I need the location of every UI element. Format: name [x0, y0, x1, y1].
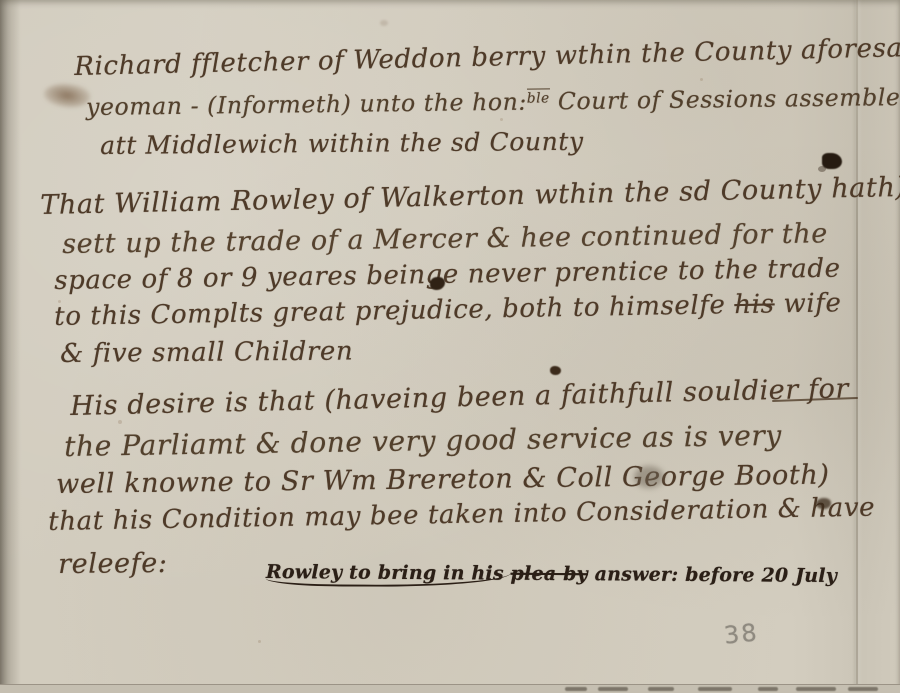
manuscript-line-petition-3: well knowne to Sr Wm Brereton & Coll Geo…: [56, 460, 830, 500]
foxing-spot: [500, 118, 503, 121]
opening-2-text-cont: Court of Sessions assembled now: [550, 82, 900, 115]
foxing-spot: [118, 420, 122, 424]
complaint-4-text: to this Complts great prejudice, both to…: [54, 290, 735, 332]
ink-blot-tail: [818, 166, 826, 172]
manuscript-line-petition-2: the Parliamt & done very good service as…: [64, 419, 782, 463]
edge-mark: [648, 687, 674, 691]
ink-speck-stain: [550, 366, 561, 375]
manuscript-line-opening-2: yeoman - (Informeth) unto the hon:ble Co…: [86, 82, 900, 121]
paper-left-edge: [0, 0, 20, 693]
edge-mark: [565, 687, 587, 691]
manuscript-line-opening-3: att Middlewich within the sd County: [100, 127, 584, 160]
foxing-spot: [380, 20, 388, 26]
ink-blot-stain: [822, 153, 842, 169]
clerk-note-text-cont: answer: before 20 July: [588, 563, 837, 587]
manuscript-line-petition-1: His desire is that (haveing been a faith…: [70, 373, 849, 422]
manuscript-line-complaint-5: & five small Children: [60, 336, 353, 369]
ink-smudge-stain: [42, 81, 91, 111]
edge-mark: [698, 687, 732, 691]
next-page-edge: [0, 684, 900, 693]
manuscript-line-petition-5: releefe:: [58, 548, 168, 580]
superscript-abbreviation: ble: [527, 88, 550, 106]
manuscript-line-complaint-1: That William Rowley of Walkerton wthin t…: [40, 172, 900, 221]
edge-mark: [758, 687, 778, 691]
manuscript-page: Richard ffletcher of Weddon berry wthin …: [0, 0, 900, 693]
manuscript-line-opening-1: Richard ffletcher of Weddon berry wthin …: [74, 33, 900, 82]
manuscript-line-petition-4: that his Condition may bee taken into Co…: [48, 493, 875, 537]
clerk-note-struck-words: plea by: [511, 563, 588, 586]
manuscript-line-complaint-2: sett up the trade of a Mercer & hee cont…: [62, 218, 828, 260]
edge-mark: [598, 687, 628, 691]
foxing-spot: [700, 78, 703, 81]
pencil-folio-number: 38: [723, 618, 760, 649]
struck-out-word: his: [734, 289, 775, 320]
complaint-4-text-cont: wife: [774, 288, 841, 319]
clerk-order-note: Rowley to bring in his plea by answer: b…: [266, 561, 837, 587]
clerk-note-text: Rowley to bring in his: [266, 561, 511, 588]
manuscript-line-complaint-4: to this Complts great prejudice, both to…: [54, 288, 842, 332]
edge-mark: [848, 687, 878, 691]
edge-mark: [796, 687, 836, 691]
foxing-spot: [258, 640, 261, 643]
opening-2-text: yeoman - (Informeth) unto the hon:: [86, 88, 527, 121]
foxing-spot: [58, 300, 61, 303]
